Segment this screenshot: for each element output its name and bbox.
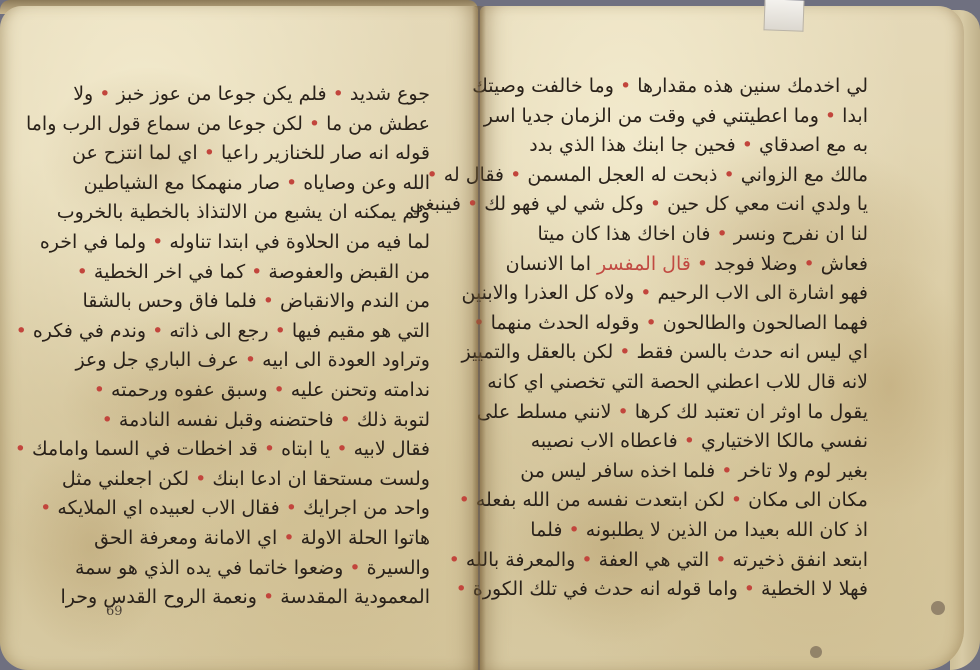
line-text: فلما [530,519,568,541]
rubric-dot: • [723,164,734,186]
manuscript-line: نفسي مالكا الاختياري • فاعطاه الاب نصيبه [518,427,868,457]
rubric-dot: • [152,320,163,342]
line-text: فهو اشارة الى الاب الرحيم [651,282,868,304]
left-page-text: جوع شديد • فلم يكن جوعا من عوز خبز • ولا… [70,80,430,613]
manuscript-line: لي اخدمك سنين هذه مقدارها • وما خالفت وص… [518,72,868,102]
line-text: فهما الصالحون والطالحون [657,312,868,334]
line-text: كما في اخر الخطية [88,261,251,283]
line-text: وسبق عفوه ورحمته [105,379,274,401]
line-text: فلم يكن جوعا من عوز خبز [110,83,332,105]
line-text: التي هو مقيم فيها [286,320,430,342]
line-text: ولست مستحقا ان ادعا ابنك [206,468,430,490]
rubric-dot: • [333,83,344,105]
line-text: وكل شي لي فهو لك [478,193,650,215]
manuscript-line: وتراود العودة الى ابيه • عرف الباري جل و… [70,346,430,376]
line-text: وندم في فكره [27,320,152,342]
line-text: فهلا لا الخطية [755,578,868,600]
left-page: جوع شديد • فلم يكن جوعا من عوز خبز • ولا… [0,6,478,670]
line-text: يقول ما اوثر ان تعتبد لك كرها [629,401,868,423]
line-text: به مع اصدقاي [753,134,868,156]
manuscript-line: مالك مع الزواني • ذبحت له العجل المسمن •… [518,161,868,191]
rubric-dot: • [510,164,521,186]
rubric-dot: • [99,83,110,105]
rubric-dot: • [264,438,275,460]
line-text: صار منهمكا مع الشياطين [84,172,286,194]
manuscript-line: ندامته وتحنن عليه • وسبق عفوه ورحمته • [70,376,430,406]
line-text: نفسي مالكا الاختياري [695,430,868,452]
rubric-dot: • [336,438,347,460]
line-text: من القبض والعفوصة [262,261,430,283]
rubric-dot: • [645,312,656,334]
rubric-dot: • [715,549,726,571]
line-text: لانني مسلط على [477,401,618,423]
rubric-dot: • [286,497,297,519]
line-text: اي ليس انه حدث بالسن فقط [631,341,869,363]
line-text: لكن ابتعدت نفسه من الله بفعله [470,489,731,511]
rubric-dot: • [195,468,206,490]
right-page: لي اخدمك سنين هذه مقدارها • وما خالفت وص… [480,6,964,670]
manuscript-line: ابتعد انفق ذخيرته • التي هي العفة • والم… [518,546,868,576]
manuscript-line: قوله انه صار للخنازير راعيا • اي لما انت… [70,139,430,169]
rubric-dot: • [40,497,51,519]
manuscript-line: عطش من ما • لكن جوعا من سماع قول الرب وا… [70,110,430,140]
line-text: فان اخاك هذا كان ميتا [538,223,717,245]
paper-tab-marker [763,0,804,32]
rubric-dot: • [94,379,105,401]
manuscript-line: والسيرة • وضعوا خاتما في يده الذي هو سمة [70,554,430,584]
manuscript-line: مكان الى مكان • لكن ابتعدت نفسه من الله … [518,486,868,516]
manuscript-line: ابدا • وما اعطيتني في وقت من الزمان جديا… [518,102,868,132]
rubric-dot: • [684,430,695,452]
book-gutter [472,6,486,670]
manuscript-line: لتوبة ذلك • فاحتضنه وقبل نفسه النادمة • [70,406,430,436]
line-text: فلما اخذه سافر ليس من [520,460,721,482]
line-text: فينبغي [410,193,467,215]
line-text: اي لما انتزح عن [72,142,204,164]
rubric-dot: • [456,578,467,600]
rubric-dot: • [309,113,320,135]
rubric-dot: • [618,401,629,423]
rubric-dot: • [245,349,256,371]
manuscript-line: يا ولدي انت معي كل حين • وكل شي لي فهو ل… [518,190,868,220]
line-text: جوع شديد [344,83,430,105]
line-text: ولا [73,83,99,105]
line-text: واحد من اجرايك [297,497,430,519]
manuscript-line: التي هو مقيم فيها • رجع الى ذاته • وندم … [70,317,430,347]
line-text: فاعطاه الاب نصيبه [531,430,684,452]
rubric-dot: • [640,282,651,304]
manuscript-line: من الندم والانقباض • فلما فاق وحس بالشقا [70,287,430,317]
rubric-dot: • [744,578,755,600]
rubric-dot: • [274,379,285,401]
manuscript-line: المعمودية المقدسة • ونعمة الروح القدس وح… [70,583,430,613]
line-text: قد اخطات في السما وامامك [26,438,264,460]
manuscript-line: من القبض والعفوصة • كما في اخر الخطية • [70,258,430,288]
manuscript-line: فقال لابيه • يا ابتاه • قد اخطات في السم… [70,435,430,465]
line-text: فحين جا ابنك هذا الذي بدد [529,134,742,156]
line-text: من الندم والانقباض [274,290,430,312]
manuscript-line: اي ليس انه حدث بالسن فقط • لكن بالعقل وا… [518,338,868,368]
line-text: المعمودية المقدسة [274,586,430,608]
line-text: اما الانسان [506,253,597,275]
line-text: وتراود العودة الى ابيه [256,349,430,371]
line-text: فقال لابيه [348,438,430,460]
line-text: عرف الباري جل وعز [75,349,244,371]
line-text: والسيرة [361,557,430,579]
rubric-dot: • [804,253,815,275]
rubric-dot: • [721,460,732,482]
line-text: وما اعطيتني في وقت من الزمان جديا اسر [484,105,825,127]
manuscript-line: هاتوا الحلة الاولة • اي الامانة ومعرفة ا… [70,524,430,554]
line-text: فعاش [815,253,868,275]
line-text: لانه قال للاب اعطني الحصة التي تخصني اي … [487,371,868,393]
rubric-dot: • [568,519,579,541]
manuscript-line: لنا ان نفرح ونسر • فان اخاك هذا كان ميتا [518,220,868,250]
line-text: بغير لوم ولا تاخر [732,460,868,482]
rubric-dot: • [102,409,113,431]
manuscript-line: فعاش • وضلا فوجد • قال المفسر اما الانسا… [518,250,868,280]
line-text: لكن اجعلني مثل [62,468,195,490]
line-text: ذبحت له العجل المسمن [521,164,723,186]
line-text: ابدا [836,105,868,127]
line-text: هاتوا الحلة الاولة [295,527,430,549]
line-text: وضعوا خاتما في يده الذي هو سمة [75,557,349,579]
line-text: لنا ان نفرح ونسر [728,223,868,245]
manuscript-line: فهو اشارة الى الاب الرحيم • ولاه كل العذ… [518,279,868,309]
line-text: واما قوله انه حدث في تلك الكورة [467,578,744,600]
rubric-dot: • [340,409,351,431]
rubric-dot: • [581,549,592,571]
right-page-text: لي اخدمك سنين هذه مقدارها • وما خالفت وص… [518,72,868,605]
manuscript-line: لانه قال للاب اعطني الحصة التي تخصني اي … [518,368,868,398]
rubric-dot: • [263,290,274,312]
rubric-dot: • [697,253,708,275]
line-text: لتوبة ذلك [351,409,430,431]
line-text: يا ولدي انت معي كل حين [661,193,868,215]
rubric-dot: • [251,261,262,283]
manuscript-line: الله وعن وصاياه • صار منهمكا مع الشياطين [70,169,430,199]
manuscript-line: ولست مستحقا ان ادعا ابنك • لكن اجعلني مث… [70,465,430,495]
line-text: فقال الاب لعبيده اي الملايكه [51,497,285,519]
manuscript-line: به مع اصدقاي • فحين جا ابنك هذا الذي بدد [518,131,868,161]
manuscript-line: بغير لوم ولا تاخر • فلما اخذه سافر ليس م… [518,457,868,487]
line-text: وقوله الحدث منهما [485,312,646,334]
line-text: وما خالفت وصيتك [472,75,620,97]
folio-number: 69 [106,604,123,619]
rubric-dot: • [459,489,470,511]
line-text: يا ابتاه [275,438,336,460]
manuscript-line: فهما الصالحون والطالحون • وقوله الحدث من… [518,309,868,339]
line-text: قوله انه صار للخنازير راعيا [215,142,430,164]
rubric-heading: قال المفسر [597,253,691,275]
line-text: رجع الى ذاته [163,320,274,342]
rubric-dot: • [449,549,460,571]
rubric-dot: • [620,75,631,97]
line-text: اذ كان الله بعيدا من الذين لا يطلبونه [580,519,868,541]
line-text: ولم يمكنه ان يشبع من الالتذاذ بالخطية با… [57,201,430,223]
rubric-dot: • [286,172,297,194]
rubric-dot: • [731,489,742,511]
line-text: مالك مع الزواني [735,164,868,186]
manuscript-line: ولم يمكنه ان يشبع من الالتذاذ بالخطية با… [70,198,430,228]
rubric-dot: • [650,193,661,215]
rubric-dot: • [426,164,437,186]
rubric-dot: • [204,142,215,164]
manuscript-line: واحد من اجرايك • فقال الاب لعبيده اي الم… [70,494,430,524]
rubric-dot: • [263,586,274,608]
rubric-dot: • [619,341,630,363]
line-text: لما فيه من الحلاوة في ابتدا تناوله [163,231,430,253]
manuscript-line: اذ كان الله بعيدا من الذين لا يطلبونه • … [518,516,868,546]
line-text: ونعمة الروح القدس وحرا [61,586,263,608]
line-text: لكن جوعا من سماع قول الرب واما [26,113,309,135]
rubric-dot: • [152,231,163,253]
line-text: عطش من ما [320,113,430,135]
manuscript-line: جوع شديد • فلم يكن جوعا من عوز خبز • ولا [70,80,430,110]
rubric-dot: • [15,438,26,460]
rubric-dot: • [717,223,728,245]
line-text: ابتعد انفق ذخيرته [727,549,868,571]
line-text: ولما في اخره [40,231,152,253]
rubric-dot: • [742,134,753,156]
rubric-dot: • [349,557,360,579]
line-text: اي الامانة ومعرفة الحق [94,527,283,549]
rubric-dot: • [825,105,836,127]
line-text: فلما فاق وحس بالشقا [83,290,263,312]
manuscript-line: يقول ما اوثر ان تعتبد لك كرها • لانني مس… [518,398,868,428]
rubric-dot: • [283,527,294,549]
line-text: مكان الى مكان [742,489,868,511]
rubric-dot: • [77,261,88,283]
manuscript-line: فهلا لا الخطية • واما قوله انه حدث في تل… [518,575,868,605]
open-manuscript: جوع شديد • فلم يكن جوعا من عوز خبز • ولا… [0,0,980,670]
line-text: فاحتضنه وقبل نفسه النادمة [113,409,340,431]
rubric-dot: • [16,320,27,342]
line-text: لي اخدمك سنين هذه مقدارها [631,75,868,97]
line-text: وضلا فوجد [708,253,803,275]
line-text: التي هي العفة [593,549,716,571]
rubric-dot: • [275,320,286,342]
line-text: ولاه كل العذرا والابنين [461,282,640,304]
line-text: ندامته وتحنن عليه [285,379,430,401]
manuscript-line: لما فيه من الحلاوة في ابتدا تناوله • ولم… [70,228,430,258]
